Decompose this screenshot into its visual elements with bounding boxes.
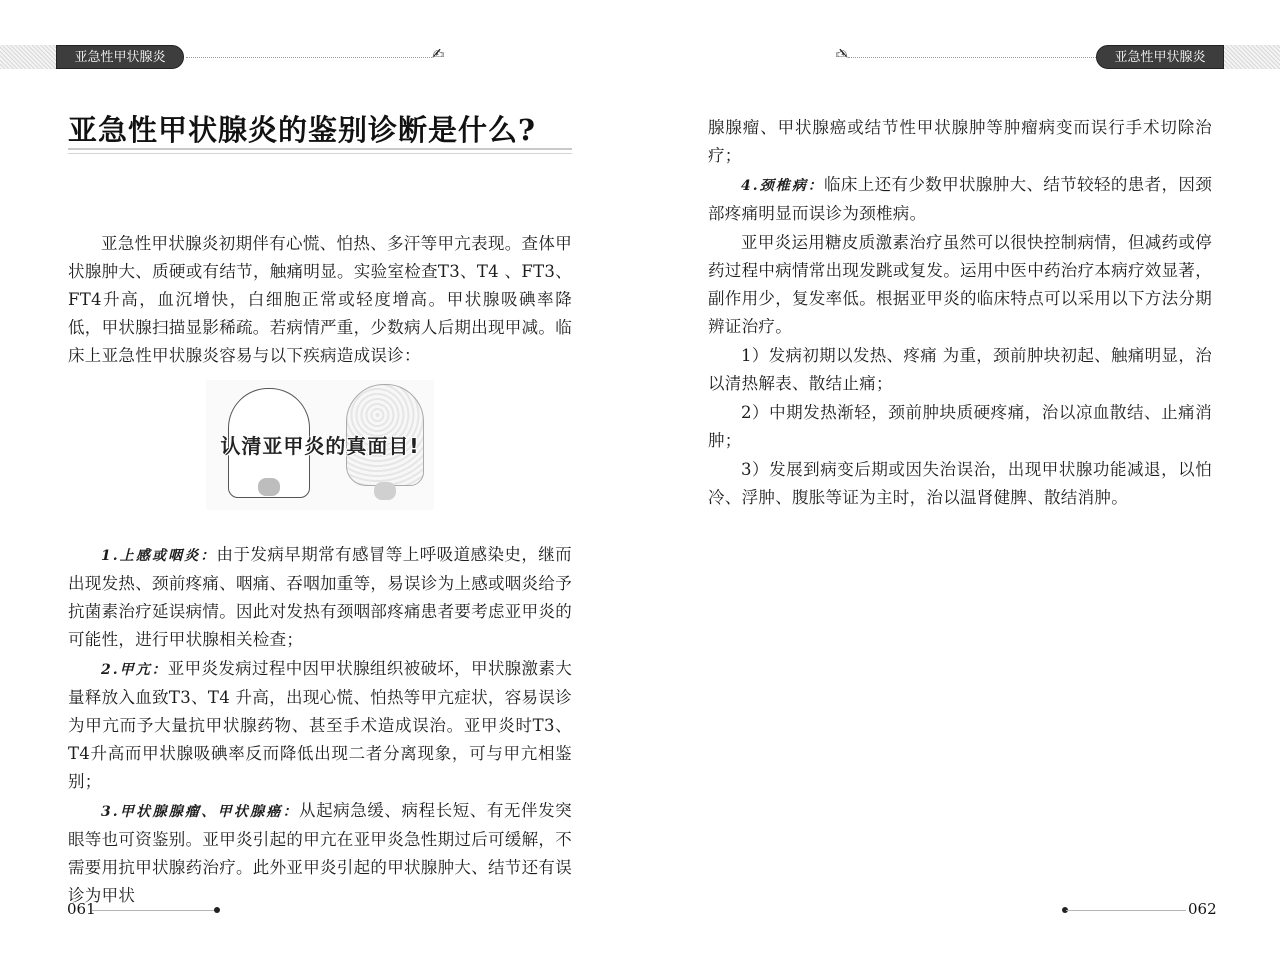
left-page: 亚急性甲状腺炎 ✍ 亚急性甲状腺炎的鉴别诊断是什么? 亚急性甲状腺炎初期伴有心慌… <box>0 0 640 960</box>
page-title: 亚急性甲状腺炎的鉴别诊断是什么? <box>68 108 536 149</box>
header-hatch-decoration <box>1224 45 1280 69</box>
running-header-tab: 亚急性甲状腺炎 <box>1096 45 1224 69</box>
header-dotted-rule <box>848 57 1096 58</box>
figure-caption: 认清亚甲炎的真面目! <box>206 430 434 459</box>
thyroid-illustration: 认清亚甲炎的真面目! <box>206 380 434 510</box>
footer-rule <box>1066 910 1186 911</box>
header-hatch-decoration <box>0 45 58 69</box>
right-page: ✍ 亚急性甲状腺炎 腺腺瘤、甲状腺癌或结节性甲状腺肿等肿瘤病变而误行手术切除治疗… <box>640 0 1280 960</box>
title-underline <box>68 148 572 150</box>
thyroid-gland-icon <box>374 482 396 500</box>
page-number: 061 <box>67 900 96 918</box>
item-heading: 3.甲状腺腺瘤、甲状腺癌： <box>101 804 299 820</box>
item-heading: 1.上感或咽炎： <box>101 548 217 564</box>
title-underline-secondary <box>68 153 572 154</box>
list-item: 4.颈椎病：临床上还有少数甲状腺肿大、结节较轻的患者，因颈部疼痛明显而误诊为颈椎… <box>708 171 1212 228</box>
running-header-tab: 亚急性甲状腺炎 <box>56 45 184 69</box>
item-heading: 2.甲亢： <box>101 662 168 678</box>
list-item: 2.甲亢：亚甲炎发病过程中因甲状腺组织被破坏，甲状腺激素大量释放入血致T3、T4… <box>68 655 572 796</box>
continuation-paragraph: 腺腺瘤、甲状腺癌或结节性甲状腺肿等肿瘤病变而误行手术切除治疗； <box>708 114 1212 170</box>
writing-hand-icon: ✍ <box>432 46 452 62</box>
treatment-paragraph: 亚甲炎运用糖皮质激素治疗虽然可以很快控制病情，但减药或停药过程中病情常出现发跳或… <box>708 229 1212 341</box>
list-item: 3.甲状腺腺瘤、甲状腺癌：从起病急缓、病程长短、有无伴发突眼等也可资鉴别。亚甲炎… <box>68 797 572 910</box>
header-dotted-rule <box>186 57 432 58</box>
thyroid-gland-icon <box>258 478 280 496</box>
stage-item: 3）发展到病变后期或因失治误治，出现甲状腺功能减退，以怕冷、浮肿、腹胀等证为主时… <box>708 456 1212 512</box>
intro-paragraph: 亚急性甲状腺炎初期伴有心慌、怕热、多汗等甲亢表现。查体甲状腺肿大、质硬或有结节，… <box>68 230 572 370</box>
page-number: 062 <box>1188 900 1217 918</box>
stage-item: 1）发病初期以发热、疼痛 为重，颈前肿块初起、触痛明显，治以清热解表、散结止痛； <box>708 342 1212 398</box>
item-heading: 4.颈椎病： <box>741 178 824 194</box>
stage-item: 2）中期发热渐轻，颈前肿块质硬疼痛，治以凉血散结、止痛消肿； <box>708 399 1212 455</box>
right-body-text: 腺腺瘤、甲状腺癌或结节性甲状腺肿等肿瘤病变而误行手术切除治疗； 4.颈椎病：临床… <box>708 114 1212 513</box>
differential-list: 1.上感或咽炎：由于发病早期常有感冒等上呼吸道感染史，继而出现发热、颈前疼痛、咽… <box>68 541 572 911</box>
writing-hand-icon: ✍ <box>828 46 848 62</box>
footer-dot <box>214 907 220 913</box>
item-text: 亚甲炎发病过程中因甲状腺组织被破坏，甲状腺激素大量释放入血致T3、T4 升高，出… <box>68 659 572 791</box>
intro-paragraph-block: 亚急性甲状腺炎初期伴有心慌、怕热、多汗等甲亢表现。查体甲状腺肿大、质硬或有结节，… <box>68 230 572 371</box>
footer-rule <box>92 910 216 911</box>
list-item: 1.上感或咽炎：由于发病早期常有感冒等上呼吸道感染史，继而出现发热、颈前疼痛、咽… <box>68 541 572 654</box>
